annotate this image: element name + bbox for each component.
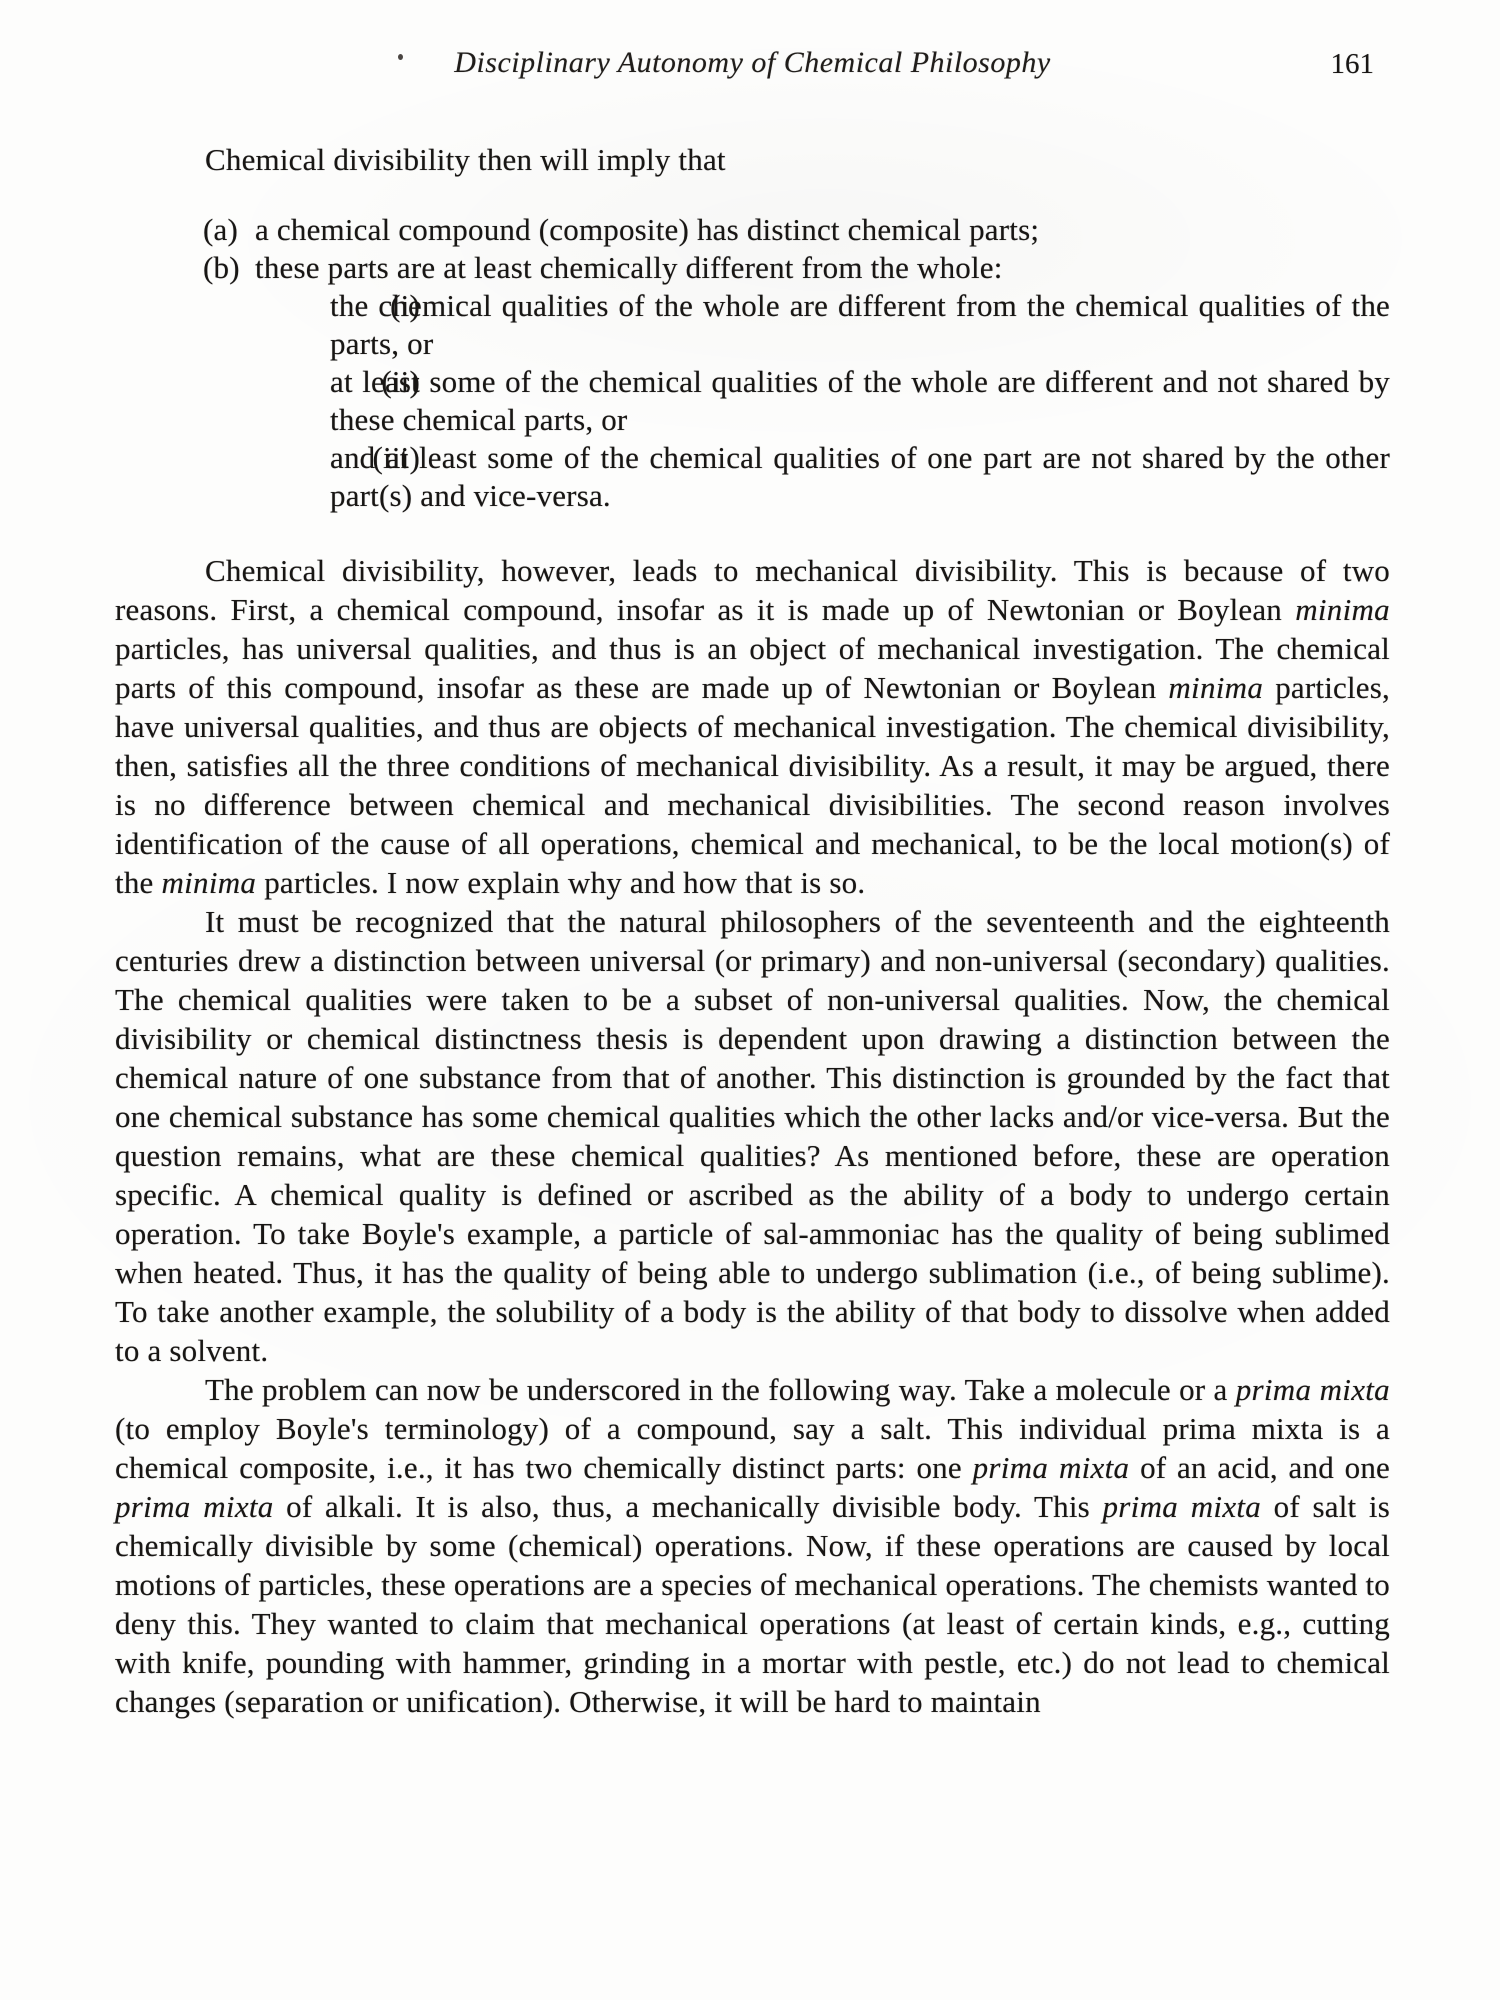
page-number: 161 [1331, 48, 1375, 81]
scanned-book-page: Disciplinary Autonomy of Chemical Philos… [0, 0, 1500, 2000]
list-item-ii-label: (ii) [255, 363, 420, 401]
paragraph-mechanical-divisibility: Chemical divisibility, however, leads to… [115, 551, 1390, 902]
list-item-a: (a) a chemical compound (composite) has … [115, 211, 1390, 249]
paragraph-universal-qualities: It must be recognized that the natural p… [115, 902, 1390, 1370]
list-item-b-text: these parts are at least chemically diff… [255, 250, 1003, 285]
list-item-iii-text: and at least some of the chemical qualit… [330, 440, 1390, 513]
list-item-b-label: (b) [203, 249, 247, 287]
list-item-ii: (ii) at least some of the chemical quali… [115, 363, 1390, 439]
intro-sentence: Chemical divisibility then will imply th… [115, 140, 1390, 179]
list-item-ii-text: at least some of the chemical qualities … [330, 364, 1390, 437]
outline-list: (a) a chemical compound (composite) has … [115, 211, 1390, 515]
running-head-title: Disciplinary Autonomy of Chemical Philos… [115, 46, 1390, 80]
running-head: Disciplinary Autonomy of Chemical Philos… [115, 46, 1390, 90]
list-item-iii-label: (iii) [255, 439, 420, 477]
list-item-iii: (iii) and at least some of the chemical … [115, 439, 1390, 515]
paragraph-prima-mixta: The problem can now be underscored in th… [115, 1370, 1390, 1721]
list-item-i-label: (i) [255, 287, 420, 325]
list-item-b: (b) these parts are at least chemically … [115, 249, 1390, 287]
list-item-a-label: (a) [203, 211, 247, 249]
list-item-i: (i) the chemical qualities of the whole … [115, 287, 1390, 363]
page-text-block: Chemical divisibility then will imply th… [115, 140, 1390, 1721]
list-item-i-text: the chemical qualities of the whole are … [330, 288, 1390, 361]
list-item-a-text: a chemical compound (composite) has dist… [255, 212, 1039, 247]
